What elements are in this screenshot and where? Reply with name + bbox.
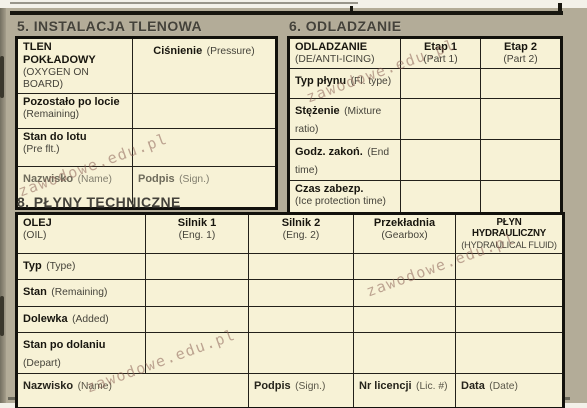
blank-field [456, 332, 564, 373]
blank-field [456, 306, 564, 332]
section-title-oxygen: 5. INSTALACJA TLENOWA [17, 18, 202, 34]
name-label: Nazwisko [23, 173, 73, 185]
date-label: Data [461, 380, 485, 392]
deicing-header-main: ODLADZANIE [295, 41, 395, 54]
row-label-main: Godz. zakoń. [295, 146, 363, 158]
oil-header-cell: OLEJ (OIL) [17, 214, 146, 254]
sign-label-sub: (Sign.) [179, 174, 209, 185]
blank-field [401, 99, 481, 140]
stage2-header-main: Etap 2 [486, 41, 555, 54]
blank-field [146, 332, 249, 373]
licence-label: Nr licencji [359, 380, 412, 392]
blank-field [354, 332, 456, 373]
name-label-sub: (Name) [78, 174, 112, 185]
stage2-column-header-cell: Etap 2 (Part 2) [481, 38, 562, 69]
blank-field [133, 129, 277, 167]
pressure-header-sub: (Pressure) [207, 46, 255, 57]
blank-field [401, 181, 481, 215]
blank-field [481, 181, 562, 215]
sign-label: Podpis [254, 380, 291, 392]
fluids-licence-number-cell: Nr licencji (Lic. #) [354, 373, 456, 408]
row-label-end-time: Godz. zakoń. (End time) [289, 140, 401, 181]
previous-table-corner-tick [558, 3, 562, 12]
name-label: Nazwisko [23, 380, 73, 392]
blank-field [249, 332, 354, 373]
blank-field [146, 279, 249, 306]
row-label-sub: (Fl. type) [351, 76, 392, 87]
row-label-main: Dolewka [23, 313, 68, 325]
row-label-oil-remaining: Stan (Remaining) [17, 279, 146, 306]
fluids-table: OLEJ (OIL) Silnik 1 (Eng. 1) Silnik 2 (E… [15, 212, 565, 408]
row-label-sub: (Pre flt.) [23, 144, 127, 156]
row-label-sub: (Depart) [23, 358, 61, 369]
row-label-oil-type: Typ (Type) [17, 253, 146, 279]
engine2-column-header-cell: Silnik 2 (Eng. 2) [249, 214, 354, 254]
row-label-sub: (Remaining) [51, 287, 107, 298]
blank-field [354, 306, 456, 332]
hydraulic-header-sub: (HYDRAULICAL FLUID) [461, 240, 557, 251]
blank-field [481, 140, 562, 181]
row-label-fluid-type: Typ płynu (Fl. type) [289, 69, 401, 99]
blank-field [456, 279, 564, 306]
section-title-fluids: 8. PŁYNY TECHNICZNE [17, 194, 181, 210]
engine1-header-sub: (Eng. 1) [151, 230, 243, 242]
row-label-sub: (Remaining) [23, 109, 127, 121]
fluids-sign-signature-cell: Podpis (Sign.) [249, 373, 354, 408]
pressure-header-main: Ciśnienie [153, 45, 202, 57]
stage1-column-header-cell: Etap 1 (Part 1) [401, 38, 481, 69]
stage2-header-sub: (Part 2) [486, 54, 555, 66]
deicing-header-sub: (DE/ANTI-ICING) [295, 54, 395, 66]
blank-field [249, 253, 354, 279]
row-label-main: Stan po dolaniu [23, 339, 106, 351]
date-label-sub: (Date) [489, 381, 518, 392]
row-label-oil-state-after-adding: Stan po dolaniu (Depart) [17, 332, 146, 373]
sign-label-sub: (Sign.) [295, 381, 325, 392]
blank-field [401, 140, 481, 181]
row-label-oil-added: Dolewka (Added) [17, 306, 146, 332]
row-label-sub: (Added) [72, 314, 109, 325]
blank-field [456, 253, 564, 279]
gearbox-column-header-cell: Przekładnia (Gearbox) [354, 214, 456, 254]
previous-table-bottom-border [10, 11, 563, 15]
oxygen-header-label-cell: TLEN POKŁADOWY (OXYGEN ON BOARD) [17, 38, 133, 94]
row-label-ice-protection-time: Czas zabezp. (Ice protection time) [289, 181, 401, 215]
oxygen-header-main: TLEN POKŁADOWY [23, 41, 127, 67]
blank-field [249, 279, 354, 306]
section-title-deicing: 6. ODLADZANIE [289, 18, 402, 34]
blank-field [133, 94, 277, 129]
row-label-main: Czas zabezp. [295, 183, 395, 196]
blank-field [146, 253, 249, 279]
row-label-mixture-ratio: Stężenie (Mixture ratio) [289, 99, 401, 140]
scan-top-faint-line [10, 2, 358, 4]
row-label-sub: (Ice protection time) [295, 196, 395, 208]
row-label-main: Typ płynu [295, 75, 346, 87]
hydraulic-fluid-column-header-cell: PŁYN HYDRAULICZNY (HYDRAULICAL FLUID) [456, 214, 564, 254]
blank-field [481, 99, 562, 140]
engine1-column-header-cell: Silnik 1 (Eng. 1) [146, 214, 249, 254]
deicing-table: ODLADZANIE (DE/ANTI-ICING) Etap 1 (Part … [287, 36, 563, 216]
row-label-main: Stan do lotu [23, 131, 127, 144]
blank-field [249, 306, 354, 332]
oil-header-main: OLEJ [23, 217, 140, 230]
row-label-main: Pozostało po locie [23, 96, 127, 109]
stage1-header-main: Etap 1 [406, 41, 475, 54]
deicing-header-label-cell: ODLADZANIE (DE/ANTI-ICING) [289, 38, 401, 69]
engine2-header-sub: (Eng. 2) [254, 230, 348, 242]
scan-edge-smudge [0, 56, 4, 98]
oxygen-header-sub: (OXYGEN ON BOARD) [23, 67, 127, 91]
oil-header-sub: (OIL) [23, 230, 140, 242]
sign-label: Podpis [138, 173, 175, 185]
row-label-sub: (Type) [46, 261, 75, 272]
engine1-header-main: Silnik 1 [151, 217, 243, 230]
row-label-main: Typ [23, 260, 42, 272]
oxygen-table: TLEN POKŁADOWY (OXYGEN ON BOARD) Ciśnien… [15, 36, 278, 210]
gearbox-header-sub: (Gearbox) [359, 230, 450, 242]
blank-field [146, 306, 249, 332]
hydraulic-header-main: PŁYN HYDRAULICZNY [461, 217, 557, 240]
row-label-preflight-state: Stan do lotu (Pre flt.) [17, 129, 133, 167]
scan-edge-smudge [0, 296, 4, 336]
blank-field [481, 69, 562, 99]
row-label-remaining-after-flight: Pozostało po locie (Remaining) [17, 94, 133, 129]
blank-field [354, 253, 456, 279]
gearbox-header-main: Przekładnia [359, 217, 450, 230]
name-label-sub: (Name) [78, 381, 112, 392]
blank-field [401, 69, 481, 99]
pressure-column-header-cell: Ciśnienie (Pressure) [133, 38, 277, 94]
fluids-date-cell: Data (Date) [456, 373, 564, 408]
previous-table-column-tick [350, 6, 353, 12]
blank-field [354, 279, 456, 306]
row-label-main: Stan [23, 286, 47, 298]
engine2-header-main: Silnik 2 [254, 217, 348, 230]
stage1-header-sub: (Part 1) [406, 54, 475, 66]
licence-label-sub: (Lic. #) [416, 381, 447, 392]
row-label-main: Stężenie [295, 105, 340, 117]
fluids-name-signature-cell: Nazwisko (Name) [17, 373, 249, 408]
